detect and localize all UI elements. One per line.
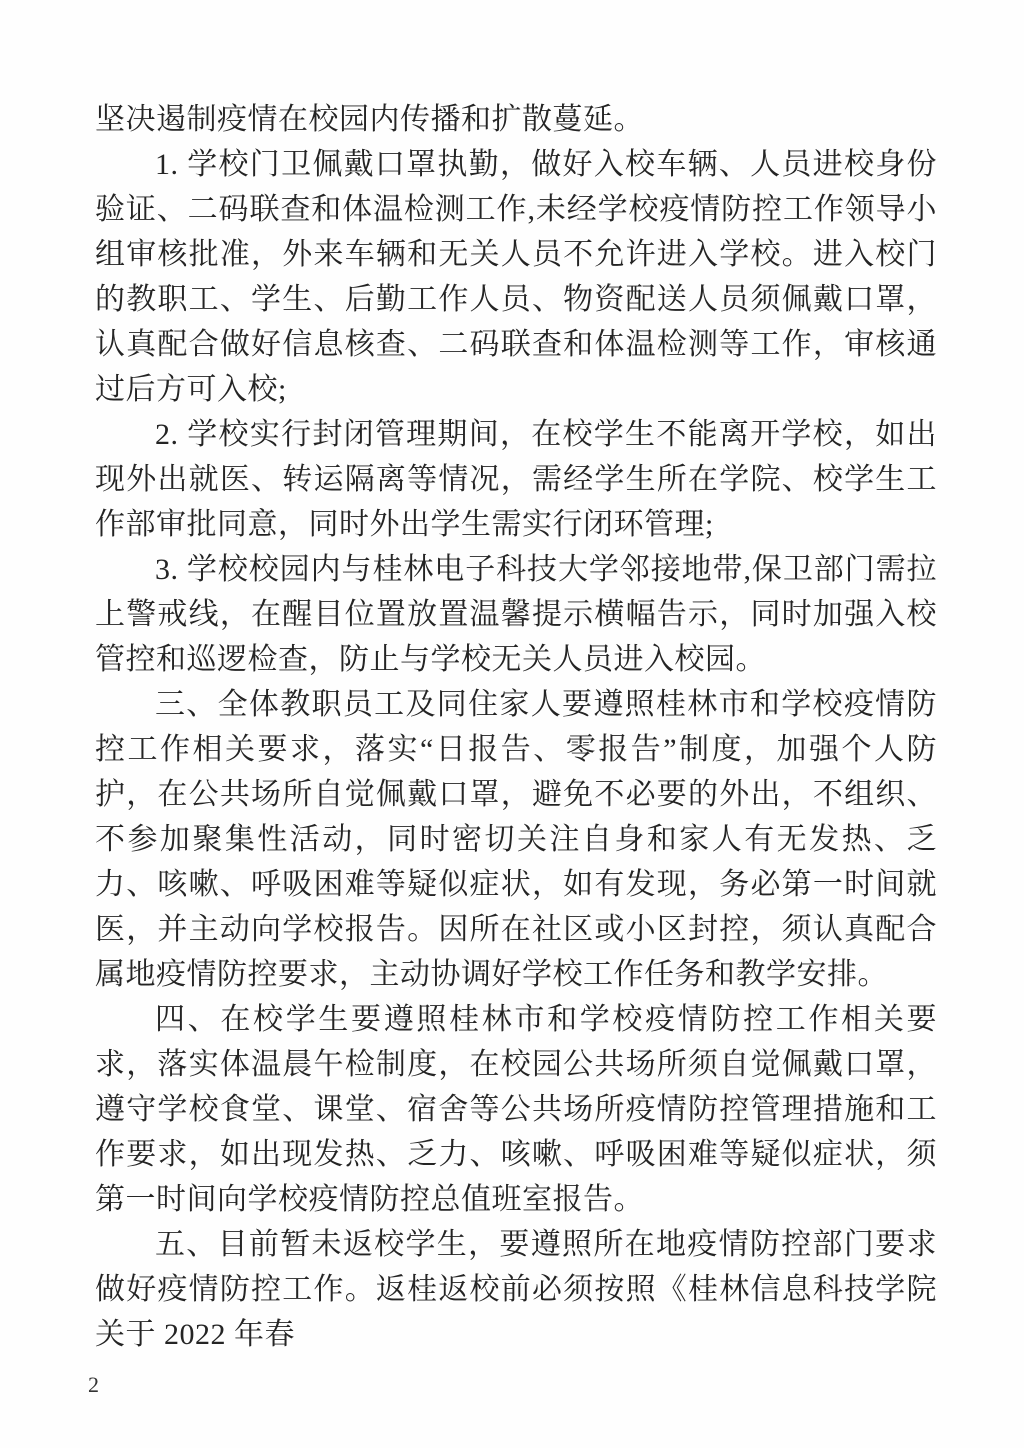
paragraph-section-3: 三、全体教职员工及同住家人要遵照桂林市和学校疫情防控工作相关要求，落实“日报告、…	[95, 682, 937, 997]
paragraph-item-1: 1. 学校门卫佩戴口罩执勤，做好入校车辆、人员进校身份验证、二码联查和体温检测工…	[95, 142, 937, 412]
paragraph-continuation: 坚决遏制疫情在校园内传播和扩散蔓延。	[95, 97, 937, 142]
page-number: 2	[88, 1372, 99, 1398]
paragraph-item-3: 3. 学校校园内与桂林电子科技大学邻接地带,保卫部门需拉上警戒线，在醒目位置放置…	[95, 547, 937, 682]
paragraph-section-5: 五、目前暂未返校学生，要遵照所在地疫情防控部门要求做好疫情防控工作。返桂返校前必…	[95, 1222, 937, 1357]
paragraph-item-2: 2. 学校实行封闭管理期间，在校学生不能离开学校，如出现外出就医、转运隔离等情况…	[95, 412, 937, 547]
document-page: 坚决遏制疫情在校园内传播和扩散蔓延。 1. 学校门卫佩戴口罩执勤，做好入校车辆、…	[0, 0, 1024, 1448]
paragraph-section-4: 四、在校学生要遵照桂林市和学校疫情防控工作相关要求，落实体温晨午检制度，在校园公…	[95, 997, 937, 1222]
document-body-text: 坚决遏制疫情在校园内传播和扩散蔓延。 1. 学校门卫佩戴口罩执勤，做好入校车辆、…	[95, 97, 937, 1357]
